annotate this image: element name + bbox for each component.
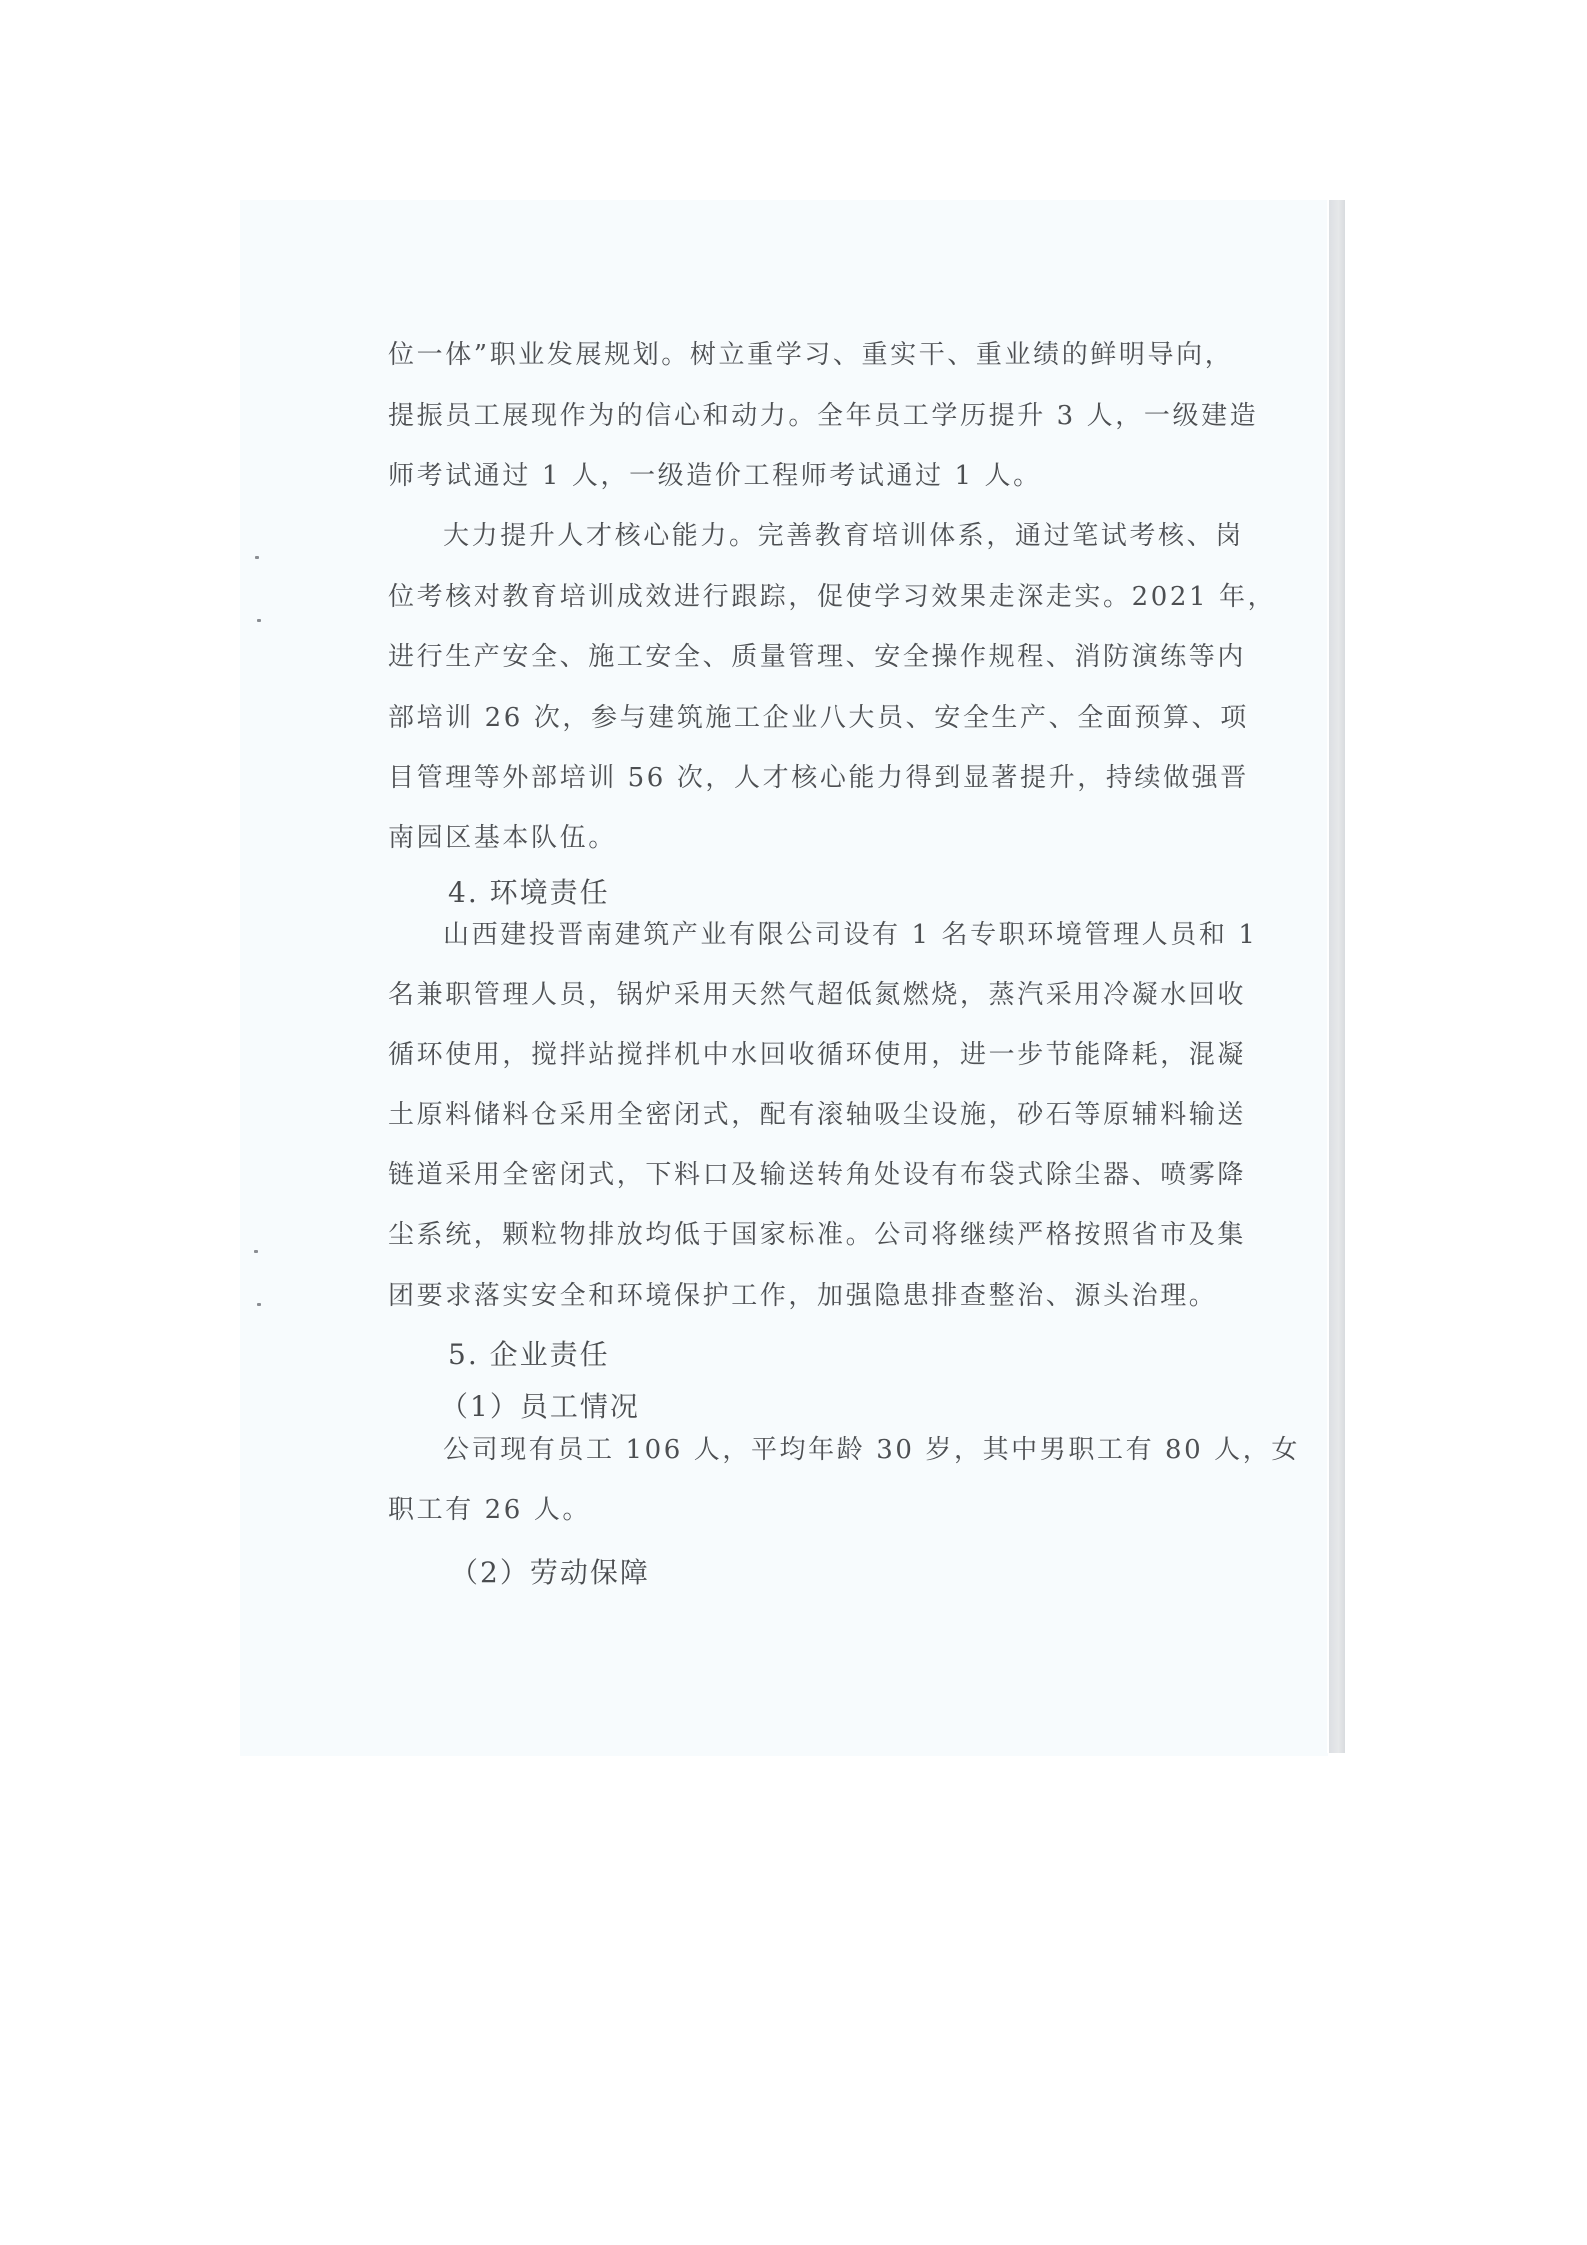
section-heading-corporate: 5. 企业责任 (448, 1333, 610, 1377)
paragraph-line: 名兼职管理人员，锅炉采用天然气超低氮燃烧，蒸汽采用冷凝水回收 (388, 975, 1168, 1015)
paragraph-line: 山西建投晋南建筑产业有限公司设有 1 名专职环境管理人员和 1 (443, 915, 1168, 955)
paragraph-line: 团要求落实安全和环境保护工作，加强隐患排查整治、源头治理。 (388, 1276, 1168, 1316)
paragraph-line: 循环使用，搅拌站搅拌机中水回收循环使用，进一步节能降耗，混凝 (388, 1035, 1168, 1075)
paragraph-line: 职工有 26 人。 (388, 1490, 1168, 1530)
paragraph-line: 师考试通过 1 人，一级造价工程师考试通过 1 人。 (388, 456, 1168, 496)
paragraph-line: 位考核对教育培训成效进行跟踪，促使学习效果走深走实。2021 年， (388, 577, 1168, 617)
paragraph-line: 进行生产安全、施工安全、质量管理、安全操作规程、消防演练等内 (388, 637, 1168, 677)
scan-speck (257, 1303, 261, 1306)
scan-speck (254, 1250, 258, 1253)
paragraph-line: 部培训 26 次，参与建筑施工企业八大员、安全生产、全面预算、项 (388, 698, 1168, 738)
scan-speck (255, 556, 259, 559)
paragraph-line: 提振员工展现作为的信心和动力。全年员工学历提升 3 人，一级建造 (388, 396, 1168, 436)
page-edge-shadow (1329, 200, 1345, 1753)
paragraph-line: 公司现有员工 106 人，平均年龄 30 岁，其中男职工有 80 人，女 (443, 1430, 1168, 1470)
paragraph-line: 土原料储料仓采用全密闭式，配有滚轴吸尘设施，砂石等原辅料输送 (388, 1095, 1168, 1135)
paragraph-line: 尘系统，颗粒物排放均低于国家标准。公司将继续严格按照省市及集 (388, 1215, 1168, 1255)
paragraph-line: 位一体”职业发展规划。树立重学习、重实干、重业绩的鲜明导向， (388, 335, 1168, 375)
paragraph-line: 大力提升人才核心能力。完善教育培训体系，通过笔试考核、岗 (443, 516, 1168, 556)
paragraph-line: 链道采用全密闭式，下料口及输送转角处设有布袋式除尘器、喷雾降 (388, 1155, 1168, 1195)
scan-speck (257, 619, 261, 622)
subsection-heading-labor-protection: （2）劳动保障 (450, 1551, 650, 1595)
section-heading-environment: 4. 环境责任 (448, 871, 610, 915)
paragraph-line: 目管理等外部培训 56 次，人才核心能力得到显著提升，持续做强晋 (388, 758, 1168, 798)
subsection-heading-employees: （1）员工情况 (440, 1385, 640, 1429)
paragraph-line: 南园区基本队伍。 (388, 818, 1168, 858)
